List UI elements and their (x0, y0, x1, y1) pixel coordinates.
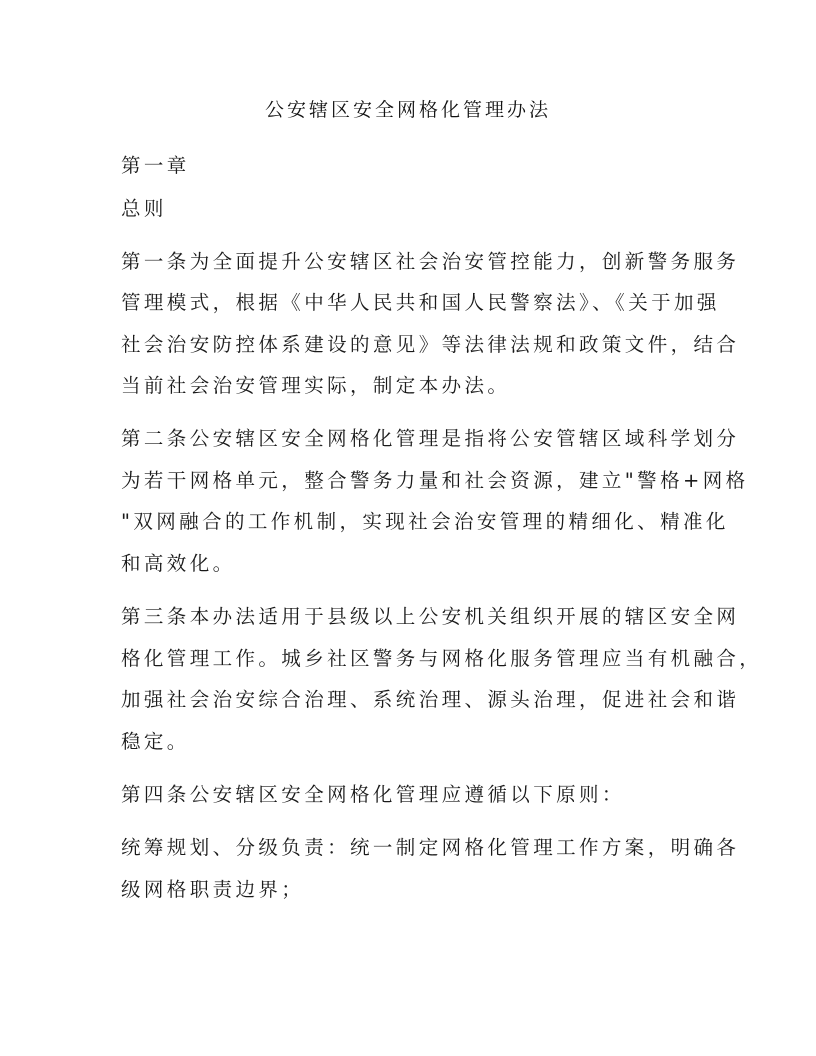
article-2-line-4: 和高效化。 (121, 550, 236, 578)
principle-1-line-1: 统筹规划、分级负责：统一制定网格化管理工作方案，明确各 (121, 834, 739, 862)
article-3-line-1: 第三条本办法适用于县级以上公安机关组织开展的辖区安全网 (121, 603, 739, 631)
article-2-line-2: 为若干网格单元，整合警务力量和社会资源，建立"警格+网格 (121, 467, 749, 495)
section-heading: 总则 (121, 195, 167, 223)
article-4-line-1: 第四条公安辖区安全网格化管理应遵循以下原则： (121, 781, 625, 809)
chapter-heading: 第一章 (121, 152, 190, 180)
article-3-line-3: 加强社会治安综合治理、系统治理、源头治理，促进社会和谐 (121, 686, 739, 714)
article-1-line-2: 管理模式，根据《中华人民共和国人民警察法》、《关于加强 (121, 289, 720, 317)
principle-1-line-2: 级网格职责边界； (121, 876, 304, 904)
article-1-line-1: 第一条为全面提升公安辖区社会治安管控能力，创新警务服务 (121, 248, 739, 276)
article-1-line-4: 当前社会治安管理实际，制定本办法。 (121, 372, 510, 400)
document-page: 公安辖区安全网格化管理办法 第一章 总则 第一条为全面提升公安辖区社会治安管控能… (0, 0, 816, 1056)
article-2-line-1: 第二条公安辖区安全网格化管理是指将公安管辖区域科学划分 (121, 425, 739, 453)
article-1-line-3: 社会治安防控体系建设的意见》等法律法规和政策文件，结合 (121, 331, 739, 359)
article-3-line-2: 格化管理工作。城乡社区警务与网格化服务管理应当有机融合， (121, 645, 762, 673)
article-2-line-3: "双网融合的工作机制，实现社会治安管理的精细化、精准化 (121, 508, 729, 536)
document-title: 公安辖区安全网格化管理办法 (0, 96, 816, 124)
article-3-line-4: 稳定。 (121, 728, 190, 756)
